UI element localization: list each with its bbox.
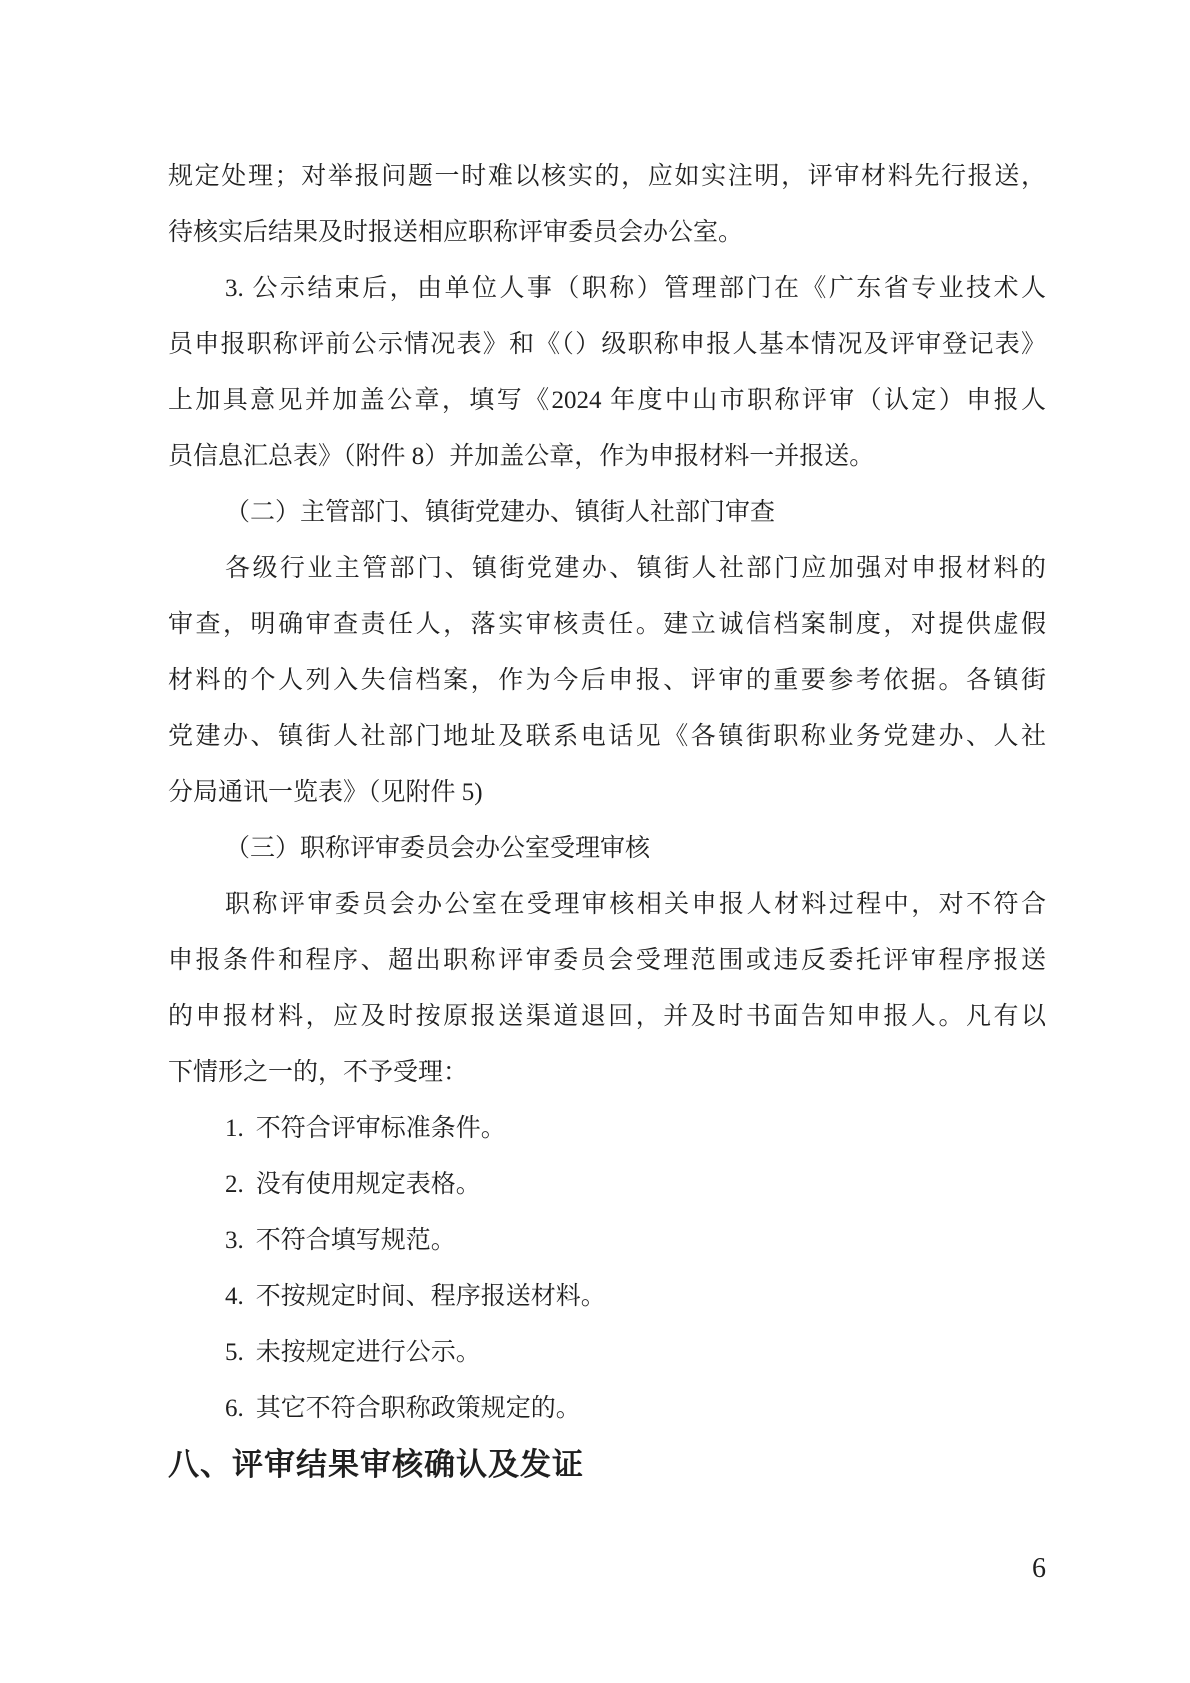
- paragraph-4-line-2: 审查，明确审查责任人，落实审核责任。建立诚信档案制度，对提供虚假: [168, 597, 1046, 653]
- paragraph-6-line-4: 下情形之一的，不予受理：: [168, 1045, 1046, 1101]
- paragraph-6-line-1: 职称评审委员会办公室在受理审核相关申报人材料过程中，对不符合: [168, 877, 1046, 933]
- paragraph-2-line-1: 3. 公示结束后，由单位人事（职称）管理部门在《广东省专业技术人: [168, 261, 1046, 317]
- document-page: 规定处理；对举报问题一时难以核实的，应如实注明，评审材料先行报送， 待核实后结果…: [0, 0, 1190, 1683]
- list-item-4-text: 不按规定时间、程序报送材料。: [256, 1283, 606, 1310]
- paragraph-1-line-1: 规定处理；对举报问题一时难以核实的，应如实注明，评审材料先行报送，: [168, 149, 1046, 205]
- list-item-5-text: 未按规定进行公示。: [256, 1339, 481, 1366]
- paragraph-6-line-3: 的申报材料，应及时按原报送渠道退回，并及时书面告知申报人。凡有以: [168, 989, 1046, 1045]
- paragraph-4-line-3: 材料的个人列入失信档案，作为今后申报、评审的重要参考依据。各镇街: [168, 653, 1046, 709]
- list-item-6-number: 6.: [225, 1395, 244, 1422]
- paragraph-6-line-2: 申报条件和程序、超出职称评审委员会受理范围或违反委托评审程序报送: [168, 933, 1046, 989]
- list-item-3-number: 3.: [225, 1227, 244, 1254]
- list-item-6: 6.其它不符合职称政策规定的。: [168, 1381, 1046, 1437]
- paragraph-2-line-3: 上加具意见并加盖公章，填写《2024 年度中山市职称评审（认定）申报人: [168, 373, 1046, 429]
- list-item-1-number: 1.: [225, 1115, 244, 1142]
- paragraph-4-line-5: 分局通讯一览表》（见附件 5): [168, 765, 1046, 821]
- paragraph-2-line-2: 员申报职称评前公示情况表》和《（）级职称申报人基本情况及评审登记表》: [168, 317, 1046, 373]
- subsection-heading-3: （三）职称评审委员会办公室受理审核: [168, 821, 1046, 877]
- section-heading-8: 八、评审结果审核确认及发证: [168, 1437, 1046, 1493]
- list-item-4: 4.不按规定时间、程序报送材料。: [168, 1269, 1046, 1325]
- document-body: 规定处理；对举报问题一时难以核实的，应如实注明，评审材料先行报送， 待核实后结果…: [168, 149, 1046, 1493]
- list-item-1: 1.不符合评审标准条件。: [168, 1101, 1046, 1157]
- paragraph-4-line-1: 各级行业主管部门、镇街党建办、镇街人社部门应加强对申报材料的: [168, 541, 1046, 597]
- list-item-2-text: 没有使用规定表格。: [256, 1171, 481, 1198]
- list-item-1-text: 不符合评审标准条件。: [256, 1115, 506, 1142]
- paragraph-4-line-4: 党建办、镇街人社部门地址及联系电话见《各镇街职称业务党建办、人社: [168, 709, 1046, 765]
- subsection-heading-2: （二）主管部门、镇街党建办、镇街人社部门审查: [168, 485, 1046, 541]
- page-number: 6: [1022, 1552, 1056, 1586]
- list-item-5: 5.未按规定进行公示。: [168, 1325, 1046, 1381]
- paragraph-1-line-2: 待核实后结果及时报送相应职称评审委员会办公室。: [168, 205, 1046, 261]
- list-item-2: 2.没有使用规定表格。: [168, 1157, 1046, 1213]
- list-item-3: 3.不符合填写规范。: [168, 1213, 1046, 1269]
- list-item-2-number: 2.: [225, 1171, 244, 1198]
- list-item-6-text: 其它不符合职称政策规定的。: [256, 1395, 581, 1422]
- paragraph-2-line-4: 员信息汇总表》（附件 8）并加盖公章，作为申报材料一并报送。: [168, 429, 1046, 485]
- list-item-3-text: 不符合填写规范。: [256, 1227, 456, 1254]
- list-item-5-number: 5.: [225, 1339, 244, 1366]
- list-item-4-number: 4.: [225, 1283, 244, 1310]
